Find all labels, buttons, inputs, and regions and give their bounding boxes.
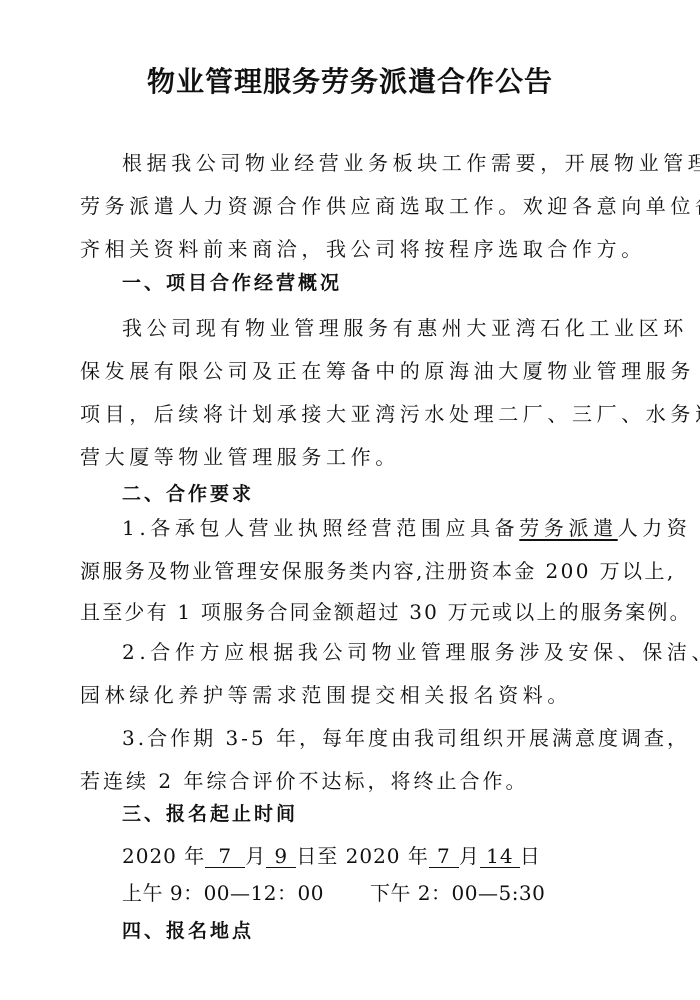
morning-hours: 上午 9：00—12：00 bbox=[122, 881, 324, 905]
requirement-1-line-1: 1.各承包人营业执照经营范围应具备劳务派遣人力资 bbox=[122, 512, 692, 541]
section-1-line-2: 保发展有限公司及正在筹备中的原海油大厦物业管理服务 bbox=[80, 355, 695, 384]
end-month: 7 bbox=[429, 845, 459, 868]
section-2-heading: 二、合作要求 bbox=[122, 479, 254, 506]
document-title: 物业管理服务劳务派遣合作公告 bbox=[0, 60, 700, 100]
end-day: 14 bbox=[480, 845, 520, 868]
intro-line-3: 齐相关资料前来商洽，我公司将按程序选取合作方。 bbox=[80, 233, 646, 262]
registration-date-range: 2020 年7月9日至 2020 年7月14日 bbox=[122, 840, 541, 869]
requirement-1-line-3: 且至少有 1 项服务合同金额超过 30 万元或以上的服务案例。 bbox=[80, 596, 692, 625]
section-1-line-4: 营大厦等物业管理服务工作。 bbox=[80, 441, 400, 470]
section-1-line-1: 我公司现有物业管理服务有惠州大亚湾石化工业区环 bbox=[122, 312, 688, 341]
requirement-1-text-b: 人力资 bbox=[618, 516, 692, 540]
month-label: 月 bbox=[245, 844, 266, 868]
month-label-2: 月 bbox=[459, 844, 480, 868]
section-3-heading: 三、报名起止时间 bbox=[122, 799, 298, 826]
registration-hours: 上午 9：00—12：00下午 2：00—5:30 bbox=[122, 877, 545, 906]
start-day: 9 bbox=[266, 845, 296, 868]
requirement-3-line-1: 3.合作期 3-5 年，每年度由我司组织开展满意度调查， bbox=[122, 722, 690, 751]
day-label: 日 bbox=[520, 844, 541, 868]
requirement-2-line-1: 2.合作方应根据我公司物业管理服务涉及安保、保洁、 bbox=[122, 636, 700, 665]
section-1-line-3: 项目，后续将计划承接大亚湾污水处理二厂、三厂、水务运 bbox=[80, 398, 700, 427]
start-month: 7 bbox=[205, 845, 245, 868]
requirement-1-underlined-term: 劳务派遣 bbox=[519, 516, 617, 540]
section-1-heading: 一、项目合作经营概况 bbox=[122, 268, 342, 295]
intro-line-1: 根据我公司物业经营业务板块工作需要，开展物业管理 bbox=[122, 147, 700, 176]
to-label: 日至 2020 年 bbox=[296, 844, 429, 868]
intro-line-2: 劳务派遣人力资源合作供应商选取工作。欢迎各意向单位备 bbox=[80, 190, 700, 219]
requirement-3-line-2: 若连续 2 年综合评价不达标，将终止合作。 bbox=[80, 765, 528, 794]
start-year: 2020 年 bbox=[122, 844, 205, 868]
requirement-1-line-2: 源服务及物业管理安保服务类内容,注册资本金 200 万以上, bbox=[80, 555, 676, 584]
requirement-1-text-a: 1.各承包人营业执照经营范围应具备 bbox=[122, 516, 519, 540]
requirement-2-line-2: 园林绿化养护等需求范围提交相关报名资料。 bbox=[80, 679, 572, 708]
afternoon-hours: 下午 2：00—5:30 bbox=[370, 881, 545, 905]
section-4-heading: 四、报名地点 bbox=[122, 916, 254, 943]
